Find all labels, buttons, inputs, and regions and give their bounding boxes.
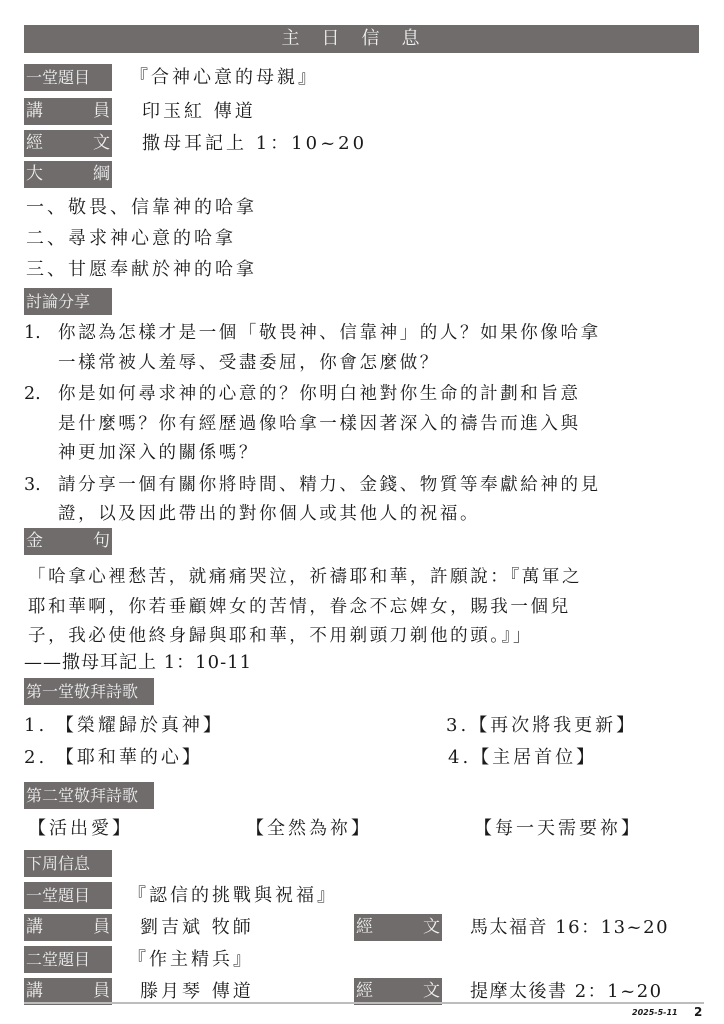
worship2-label: 第二堂敬拜詩歌 [24, 782, 154, 809]
worship2-song: 【全然為祢】 [246, 815, 372, 842]
next-topic2: 『作主精兵』 [128, 946, 254, 973]
next-speaker1: 劉吉斌 牧師 [140, 914, 254, 941]
outline-item: 二、尋求神心意的哈拿 [26, 225, 236, 252]
next-speaker2-label: 講員 [24, 978, 112, 1005]
next-scripture2: 提摩太後書 2：1~20 [470, 978, 663, 1005]
sermon-topic: 『合神心意的母親』 [130, 64, 319, 91]
next-topic1: 『認信的挑戰與祝福』 [128, 882, 338, 909]
discussion-questions: 1. 你認為怎樣才是一個「敬畏神、信靠神」的人？如果你像哈拿一樣常被人羞辱、受盡… [24, 319, 700, 530]
worship1-song: 3.【再次將我更新】 [446, 712, 637, 739]
golden-verse-label: 金句 [24, 528, 112, 555]
scripture-label: 經文 [24, 130, 112, 157]
worship1-song: 4.【主居首位】 [448, 744, 597, 771]
worship2-song: 【每一天需要祢】 [474, 815, 642, 842]
sermon-speaker: 印玉紅 傳道 [142, 98, 256, 125]
speaker-label: 講員 [24, 98, 112, 125]
next-topic1-label: 一堂題目 [24, 882, 112, 909]
footer-date: 2025-5-11 [632, 1008, 678, 1017]
worship2-song: 【活出愛】 [28, 815, 133, 842]
next-scripture2-label: 經文 [354, 978, 442, 1005]
footer-divider [24, 1002, 704, 1004]
next-speaker1-label: 講員 [24, 914, 112, 941]
next-week-label: 下周信息 [24, 850, 112, 877]
question-1: 1. 你認為怎樣才是一個「敬畏神、信靠神」的人？如果你像哈拿一樣常被人羞辱、受盡… [24, 319, 700, 378]
discussion-label: 討論分享 [24, 288, 112, 315]
worship1-song: 1. 【榮耀歸於真神】 [24, 712, 224, 739]
bulletin-page: 主日信息 一堂題目 『合神心意的母親』 講員 印玉紅 傳道 經文 撒母耳記上 1… [0, 0, 724, 1024]
next-scripture1: 馬太福音 16：13~20 [470, 914, 669, 941]
question-2: 2. 你是如何尋求神的心意的？你明白祂對你生命的計劃和旨意是什麼嗎？你有經歷過像… [24, 380, 700, 469]
page-number: 2 [694, 1005, 702, 1019]
question-3: 3. 請分享一個有關你將時間、精力、金錢、物質等奉獻給神的見證，以及因此帶出的對… [24, 471, 700, 530]
topic-label: 一堂題目 [24, 64, 112, 91]
golden-verse-reference: ——撒母耳記上 1：10-11 [24, 649, 252, 676]
next-speaker2: 滕月琴 傳道 [140, 978, 254, 1005]
golden-verse-text: 「哈拿心裡愁苦，就痛痛哭泣，祈禱耶和華，許願說：『萬軍之 耶和華啊，你若垂顧婢女… [28, 563, 704, 652]
worship1-label: 第一堂敬拜詩歌 [24, 678, 154, 705]
worship1-song: 2. 【耶和華的心】 [24, 744, 203, 771]
next-topic2-label: 二堂題目 [24, 946, 112, 973]
sermon-scripture: 撒母耳記上 1：10~20 [142, 130, 367, 157]
page-title: 主日信息 [24, 25, 699, 53]
outline-item: 一、敬畏、信靠神的哈拿 [26, 194, 257, 221]
outline-label: 大綱 [24, 161, 112, 188]
outline-item: 三、甘愿奉献於神的哈拿 [26, 256, 257, 283]
next-scripture1-label: 經文 [354, 914, 442, 941]
